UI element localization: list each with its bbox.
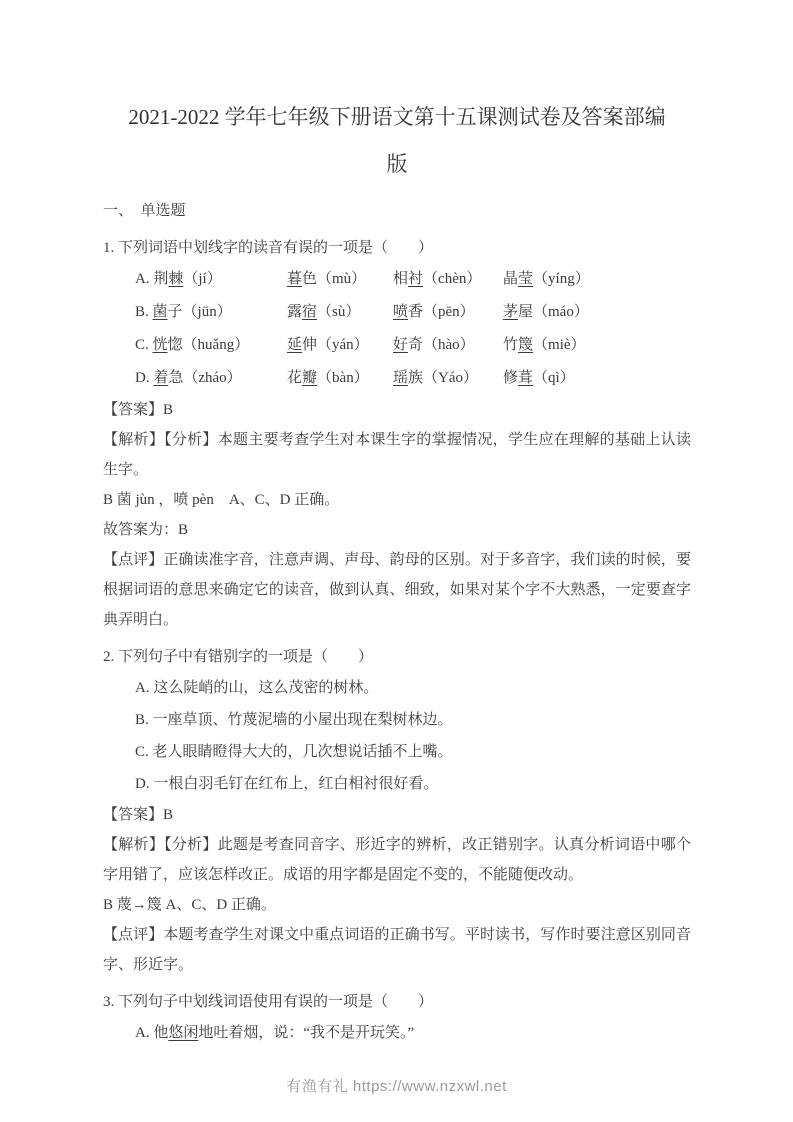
question-2-answer: 【答案】B <box>103 800 691 830</box>
option-cell: C. 恍惚（huǎng） <box>135 329 287 362</box>
option-cell: 瑶族（Yáo） <box>393 362 503 395</box>
option-cell: 露宿（sù） <box>287 296 393 329</box>
option-cell: 喷香（pēn） <box>393 296 503 329</box>
option-cell: 晶莹（yíng） <box>503 263 691 296</box>
question-2-comment: 【点评】本题考查学生对课文中重点词语的正确书写。平时读书，写作时要注意区别同音字… <box>103 920 691 980</box>
question-2-stem: 2. 下列句子中有错别字的一项是（ ） <box>103 642 691 672</box>
footer-watermark-text: 有渔有礼 https://www.nzxwl.net <box>286 1078 507 1095</box>
option-cell: 修葺（qì） <box>503 362 691 395</box>
option-cell: 茅屋（máo） <box>503 296 691 329</box>
question-1-answer: 【答案】B <box>103 395 691 425</box>
section-heading: 一、 单选题 <box>103 196 691 226</box>
question-1-options: A. 荆棘（jí） 暮色（mù） 相衬（chèn） 晶莹（yíng） B. 菌子… <box>135 263 691 395</box>
question-1-comment: 【点评】正确读准字音，注意声调、声母、韵母的区别。对于多音字，我们读的时候，要根… <box>103 545 691 635</box>
option-cell: D. 着急（zháo） <box>135 362 287 395</box>
footer: 有渔有礼 https://www.nzxwl.net <box>0 1075 793 1096</box>
question-2-option-c: C. 老人眼睛瞪得大大的，几次想说话插不上嘴。 <box>135 736 691 768</box>
document-content: 2021-2022 学年七年级下册语文第十五课测试卷及答案部编版 一、 单选题 … <box>103 94 691 1049</box>
question-2-analysis: 【解析】【分析】此题是考查同音字、形近字的辨析，改正错别字。认真分析词语中哪个字… <box>103 830 691 890</box>
question-2-option-d: D. 一根白羽毛钉在红布上，红白相衬很好看。 <box>135 768 691 800</box>
document-page: 2021-2022 学年七年级下册语文第十五课测试卷及答案部编版 一、 单选题 … <box>0 0 793 1122</box>
question-1-conclusion: 故答案为：B <box>103 515 691 545</box>
question-2-option-b: B. 一座草顶、竹蔑泥墙的小屋出现在梨树林边。 <box>135 704 691 736</box>
option-cell: 好奇（hào） <box>393 329 503 362</box>
question-3-stem: 3. 下列句子中划线词语使用有误的一项是（ ） <box>103 987 691 1017</box>
option-cell: A. 荆棘（jí） <box>135 263 287 296</box>
option-cell: 花瓣（bàn） <box>287 362 393 395</box>
option-cell: 延伸（yán） <box>287 329 393 362</box>
option-cell: B. 菌子（jūn） <box>135 296 287 329</box>
option-cell: 竹篾（miè） <box>503 329 691 362</box>
option-cell: 相衬（chèn） <box>393 263 503 296</box>
question-3-option-a: A. 他悠闲地吐着烟，说：“我不是开玩笑。” <box>135 1017 691 1049</box>
question-1-detail: B 菌 jùn ，喷 pèn A、C、D 正确。 <box>103 485 691 515</box>
question-2-detail: B 蔑→篾 A、C、D 正确。 <box>103 890 691 920</box>
option-cell: 暮色（mù） <box>287 263 393 296</box>
question-1-stem: 1. 下列词语中划线字的读音有误的一项是（ ） <box>103 233 691 263</box>
question-2-option-a: A. 这么陡峭的山，这么茂密的树林。 <box>135 672 691 704</box>
question-1-analysis: 【解析】【分析】本题主要考查学生对本课生字的掌握情况，学生应在理解的基础上认读生… <box>103 425 691 485</box>
page-title: 2021-2022 学年七年级下册语文第十五课测试卷及答案部编版 <box>121 94 673 188</box>
